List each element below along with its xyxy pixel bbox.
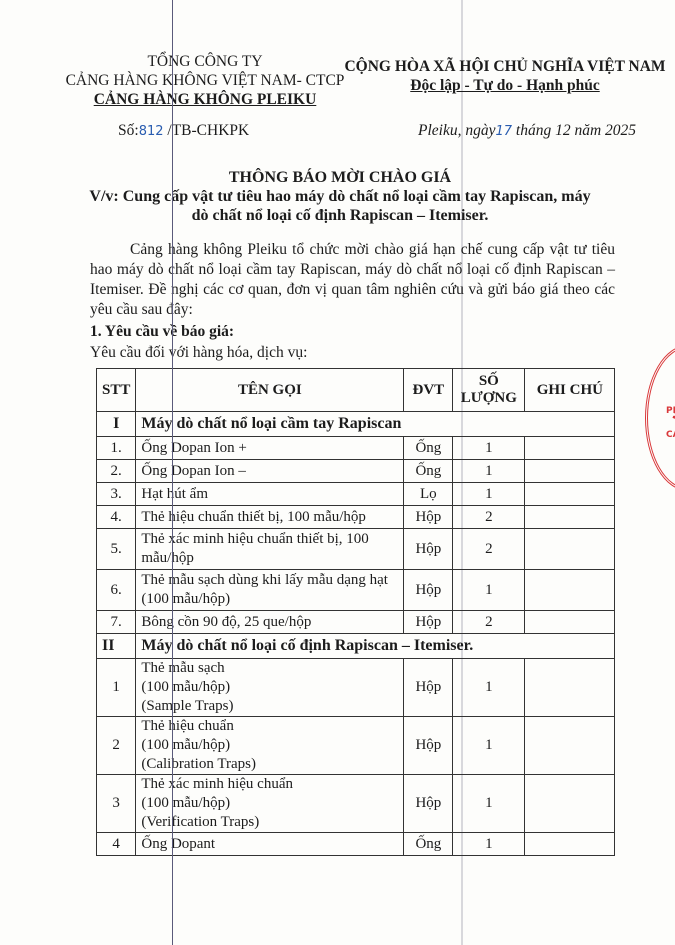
col-unit: ĐVT (404, 369, 453, 412)
col-name: TÊN GỌI (136, 369, 404, 412)
intro-paragraph: Cảng hàng không Pleiku tổ chức mời chào … (90, 240, 615, 320)
subject-line-2: dò chất nổ loại cố định Rapiscan – Itemi… (60, 206, 620, 225)
table-row: 2.Ống Dopan Ion –Ống1 (97, 460, 615, 483)
handwritten-day: 17 (495, 124, 512, 139)
org-name: CẢNG HÀNG KHÔNG PLEIKU (40, 90, 370, 109)
table-row: 1 Thẻ mẫu sạch(100 mẫu/hộp)(Sample Traps… (97, 659, 615, 717)
col-qty: SỐLƯỢNG (453, 369, 525, 412)
document-number: Số:812 /TB-CHKPK (118, 122, 249, 140)
header-left: TỔNG CÔNG TY CẢNG HÀNG KHÔNG VIỆT NAM- C… (40, 52, 370, 109)
table-row: 3.Hạt hút ẩmLọ1 (97, 483, 615, 506)
goods-table: STT TÊN GỌI ĐVT SỐLƯỢNG GHI CHÚ I Máy dò… (96, 368, 615, 856)
handwritten-number: 812 (139, 124, 164, 139)
table-row: 5.Thẻ xác minh hiệu chuẩn thiết bị, 100 … (97, 529, 615, 570)
table-row: 4Ống DopantỐng1 (97, 833, 615, 856)
col-note: GHI CHÚ (525, 369, 615, 412)
header-right: CỘNG HÒA XÃ HỘI CHỦ NGHĨA VIỆT NAM Độc l… (340, 57, 670, 95)
table-row: 2 Thẻ hiệu chuẩn(100 mẫu/hộp)(Calibratio… (97, 717, 615, 775)
national-motto: Độc lập - Tự do - Hạnh phúc (340, 76, 670, 95)
group-row: II Máy dò chất nổ loại cố định Rapiscan … (97, 634, 615, 659)
table-row: 4.Thẻ hiệu chuẩn thiết bị, 100 mẫu/hộpHộ… (97, 506, 615, 529)
document-title: THÔNG BÁO MỜI CHÀO GIÁ V/v: Cung cấp vật… (60, 168, 620, 225)
red-seal-stamp: M.S.C.N:031 PL CẢ (645, 345, 675, 491)
national-title: CỘNG HÒA XÃ HỘI CHỦ NGHĨA VIỆT NAM (340, 57, 670, 76)
org-corp: CẢNG HÀNG KHÔNG VIỆT NAM- CTCP (40, 71, 370, 90)
table-row: 1.Ống Dopan Ion +Ống1 (97, 437, 615, 460)
section-subtitle: Yêu cầu đối với hàng hóa, dịch vụ: (90, 344, 307, 362)
group-row: I Máy dò chất nổ loại cầm tay Rapiscan (97, 412, 615, 437)
table-header: STT TÊN GỌI ĐVT SỐLƯỢNG GHI CHÚ (97, 369, 615, 412)
subject-line-1: V/v: Cung cấp vật tư tiêu hao máy dò chấ… (60, 187, 620, 206)
document-date: Pleiku, ngày17 tháng 12 năm 2025 (418, 122, 636, 140)
org-parent: TỔNG CÔNG TY (40, 52, 370, 71)
table-row: 7.Bông cồn 90 độ, 25 que/hộpHộp2 (97, 611, 615, 634)
scan-artifact-line (172, 0, 173, 945)
title-main: THÔNG BÁO MỜI CHÀO GIÁ (60, 168, 620, 187)
section-heading-1: 1. Yêu cầu về báo giá: (90, 323, 234, 341)
table-row: 3 Thẻ xác minh hiệu chuẩn(100 mẫu/hộp)(V… (97, 775, 615, 833)
col-stt: STT (97, 369, 136, 412)
table-row: 6.Thẻ mẫu sạch dùng khi lấy mẫu dạng hạt… (97, 570, 615, 611)
